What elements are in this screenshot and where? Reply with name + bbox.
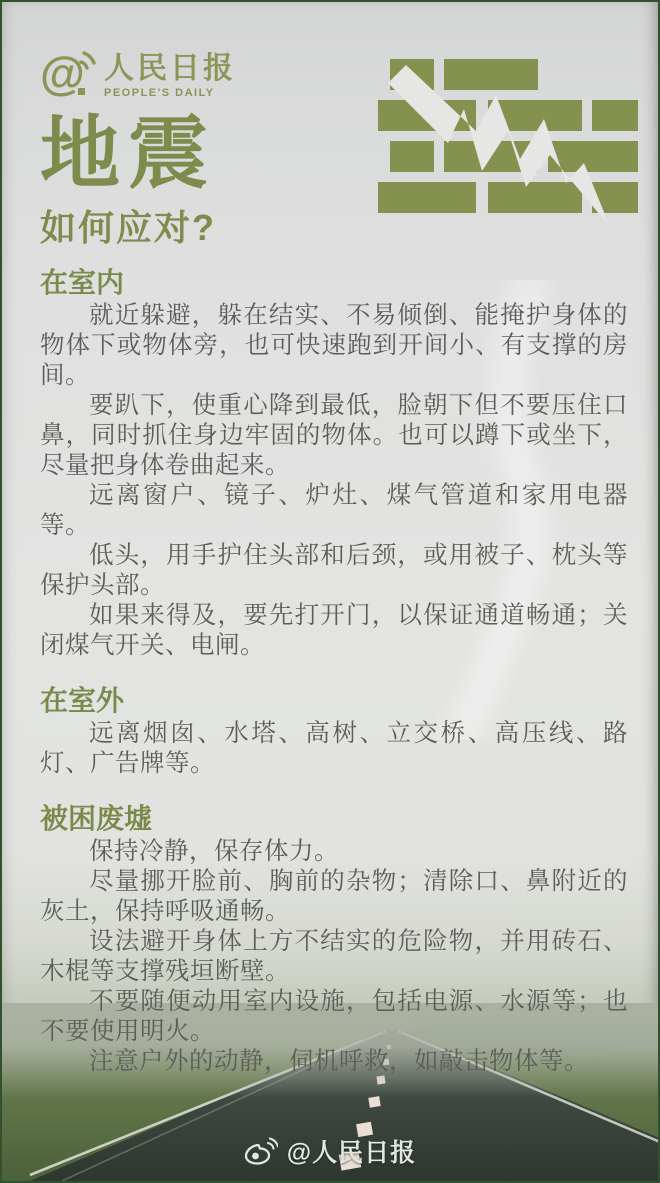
tip-paragraph: 要趴下，使重心降到最低，脸朝下但不要压住口鼻，同时抓住身边牢固的物体。也可以蹲下… [40,391,628,481]
tips-sections: 在室内 就近躲避，躲在结实、不易倾倒、能掩护身体的物体下或物体旁，也可快速跑到开… [40,265,628,1077]
section-indoors: 在室内 就近躲避，躲在结实、不易倾倒、能掩护身体的物体下或物体旁，也可快速跑到开… [40,265,628,661]
weibo-at-icon: @ [40,48,96,104]
page-title: 地震 [40,114,628,194]
tip-paragraph: 低头，用手护住头部和后颈，或用被子、枕头等保护头部。 [40,541,628,601]
tip-paragraph: 远离窗户、镜子、炉灶、煤气管道和家用电器等。 [40,481,628,541]
section-heading: 在室外 [40,683,628,719]
tip-paragraph: 保持冷静，保存体力。 [40,837,628,867]
tip-paragraph: 尽量挪开脸前、胸前的杂物；清除口、鼻附近的灰土，保持呼吸通畅。 [40,867,628,927]
tip-paragraph: 就近躲避，躲在结实、不易倾倒、能掩护身体的物体下或物体旁，也可快速跑到开间小、有… [40,301,628,391]
earthquake-infographic-poster: @ 人民日报 PEOPLE'S DAILY 地震 如何应对? [0,0,660,1183]
weibo-icon [244,1137,278,1165]
poster-content: @ 人民日报 PEOPLE'S DAILY 地震 如何应对? [2,2,658,1181]
section-trapped-in-rubble: 被困废墟 保持冷静，保存体力。 尽量挪开脸前、胸前的杂物；清除口、鼻附近的灰土，… [40,801,628,1077]
tip-paragraph: 不要随便动用室内设施，包括电源、水源等；也不要使用明火。 [40,987,628,1047]
footer-handle: @人民日报 [287,1133,416,1169]
tip-paragraph: 如果来得及，要先打开门，以保证通道畅通；关闭煤气开关、电闸。 [40,601,628,661]
tip-paragraph: 注意户外的动静，伺机呼救，如敲击物体等。 [40,1047,628,1077]
section-heading: 在室内 [40,265,628,301]
page-subtitle: 如何应对? [40,200,628,251]
section-outdoors: 在室外 远离烟囱、水塔、高树、立交桥、高压线、路灯、广告牌等。 [40,683,628,779]
section-heading: 被困废墟 [40,801,628,837]
tip-paragraph: 设法避开身体上方不结实的危险物，并用砖石、木棍等支撑残垣断壁。 [40,927,628,987]
logo-text: 人民日报 PEOPLE'S DAILY [104,48,236,99]
title-block: 地震 如何应对? [40,114,628,251]
footer-credit: @人民日报 [2,1133,658,1169]
logo-title: 人民日报 [104,54,236,84]
tip-paragraph: 远离烟囱、水塔、高树、立交桥、高压线、路灯、广告牌等。 [40,719,628,779]
logo-subtitle: PEOPLE'S DAILY [104,87,236,99]
peoples-daily-logo: @ 人民日报 PEOPLE'S DAILY [40,48,628,106]
